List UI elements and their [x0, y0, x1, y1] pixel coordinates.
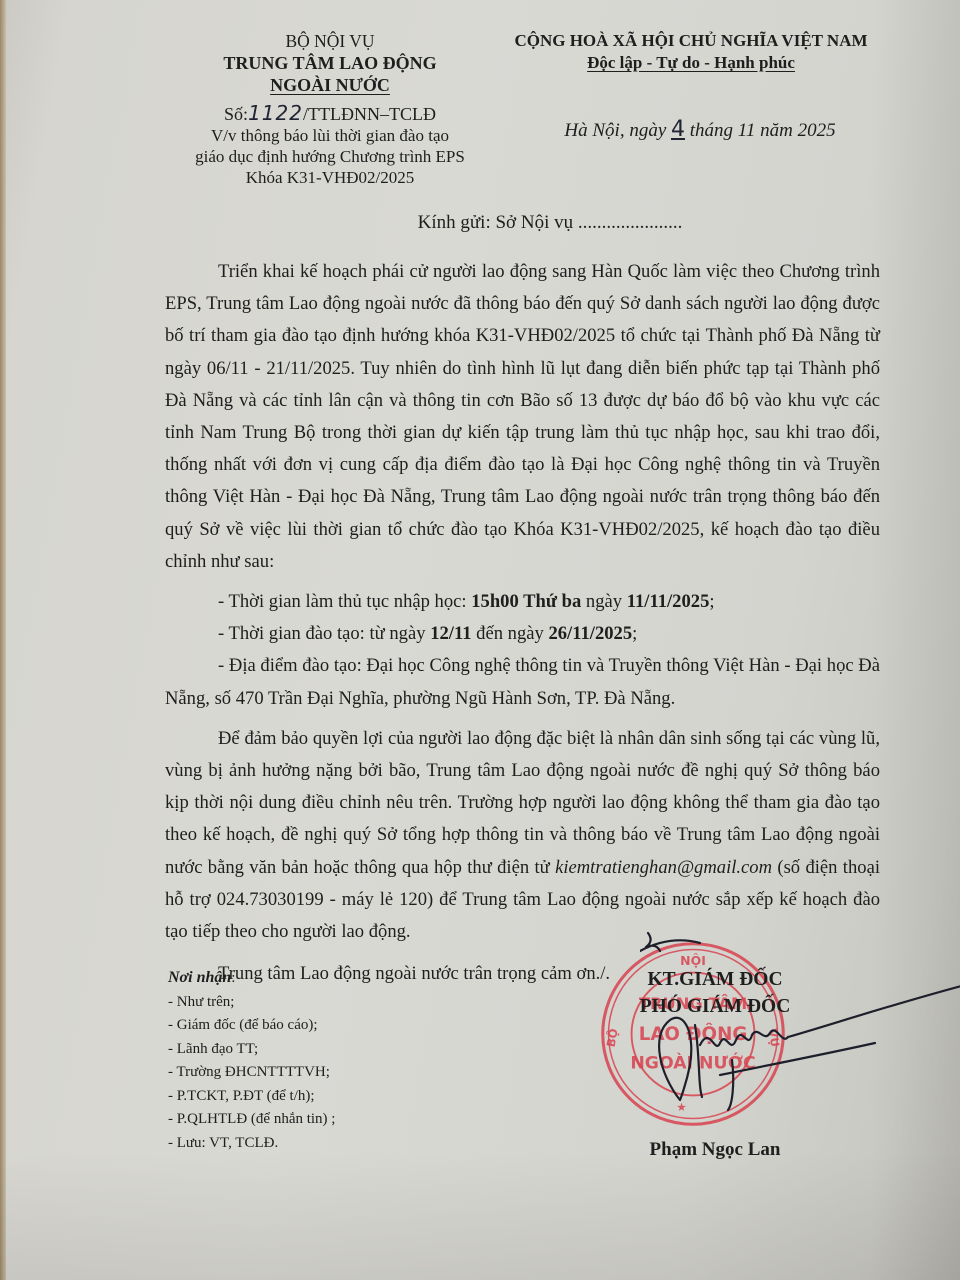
agency-name-line2: NGOÀI NƯỚC [180, 74, 480, 96]
list-item-training-location: - Địa điểm đào tạo: Đại học Công nghệ th… [165, 650, 880, 714]
distribution-item: - P.TCKT, P.ĐT (để t/h); [168, 1085, 468, 1109]
distribution-item: - Như trên; [168, 991, 468, 1015]
national-title: CỘNG HOÀ XÃ HỘI CHỦ NGHĨA VIỆT NAM [486, 30, 896, 52]
ministry-name: BỘ NỘI VỤ [180, 30, 480, 52]
addressee-line: Kính gửi: Sở Nội vụ ....................… [200, 212, 900, 234]
doc-number-prefix: Số: [224, 104, 248, 124]
signer-name: Phạm Ngọc Lan [600, 1139, 830, 1161]
stamp-left-text: BỘ [604, 1027, 621, 1048]
subject-line: V/v thông báo lùi thời gian đào tạo [180, 125, 480, 146]
body-paragraph-2: Để đảm bảo quyền lợi của người lao động … [165, 723, 880, 948]
agency-name-line1: TRUNG TÂM LAO ĐỘNG [180, 52, 480, 74]
distribution-item: - P.QLHTLĐ (để nhắn tin) ; [168, 1108, 468, 1132]
list-item-enrollment-time: - Thời gian làm thủ tục nhập học: 15h00 … [165, 586, 880, 618]
doc-number-suffix: /TTLĐNN–TCLĐ [303, 104, 436, 124]
distribution-title: Nơi nhận [168, 969, 231, 986]
distribution-item: - Lãnh đạo TT; [168, 1038, 468, 1062]
letter-body: Triển khai kế hoạch phái cử người lao độ… [165, 256, 880, 990]
distribution-item: - Trường ĐHCNTTTTVH; [168, 1061, 468, 1085]
national-header: CỘNG HOÀ XÃ HỘI CHỦ NGHĨA VIỆT NAM Độc l… [486, 30, 896, 74]
page-shadow-bottom [0, 1150, 960, 1280]
distribution-item: - Lưu: VT, TCLĐ. [168, 1132, 468, 1156]
handwritten-signature-icon [640, 925, 960, 1115]
subject-line: giáo dục định hướng Chương trình EPS [180, 146, 480, 167]
date-prefix: Hà Nội, ngày [564, 120, 666, 141]
paper-edge [0, 0, 6, 1280]
place-date: Hà Nội, ngày 4 tháng 11 năm 2025 [520, 117, 880, 142]
date-day-handwritten: 4 [671, 117, 685, 142]
distribution-item: - Giám đốc (để báo cáo); [168, 1014, 468, 1038]
document-number: Số:1122/TTLĐNN–TCLĐ [180, 102, 480, 125]
issuing-agency-header: BỘ NỘI VỤ TRUNG TÂM LAO ĐỘNG NGOÀI NƯỚC … [180, 30, 480, 188]
schedule-list: - Thời gian làm thủ tục nhập học: 15h00 … [165, 586, 880, 715]
distribution-list: Nơi nhận: - Như trên; - Giám đốc (để báo… [168, 966, 468, 1155]
national-motto: Độc lập - Tự do - Hạnh phúc [486, 52, 896, 74]
doc-number-handwritten: 1122 [248, 101, 303, 125]
document-subject: V/v thông báo lùi thời gian đào tạo giáo… [180, 125, 480, 188]
contact-email[interactable]: kiemtratienghan@gmail.com [555, 857, 772, 878]
date-suffix: tháng 11 năm 2025 [690, 120, 836, 141]
body-paragraph-1: Triển khai kế hoạch phái cử người lao độ… [165, 256, 880, 578]
subject-line: Khóa K31-VHĐ02/2025 [180, 167, 480, 188]
list-item-training-period: - Thời gian đào tạo: từ ngày 12/11 đến n… [165, 618, 880, 650]
